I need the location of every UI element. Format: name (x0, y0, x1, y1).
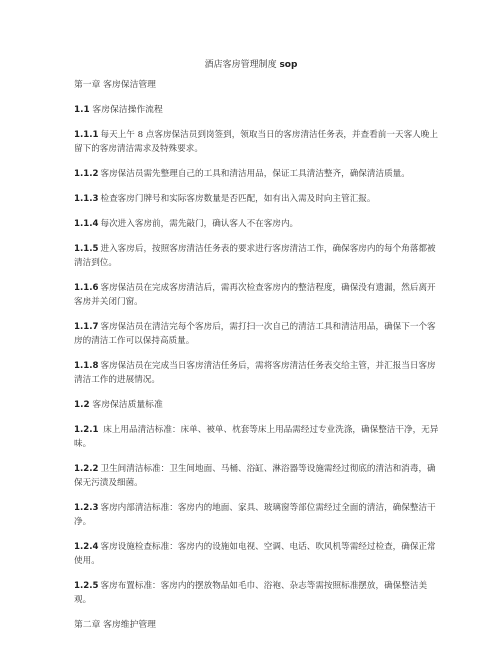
paragraph-number: 1.1.1 (74, 130, 98, 140)
paragraph-number: 1.1.5 (74, 244, 98, 254)
chapter-1-heading: 第一章 客房保洁管理 (74, 78, 444, 92)
paragraph-text: 卫生间清洁标准：卫生间地面、马桶、浴缸、淋浴器等设施需经过彻底的清洁和消毒，确保… (74, 464, 436, 488)
document-title: 酒店客房管理制度 sop (0, 58, 502, 72)
section-1-2-heading: 1.2 客房保洁质量标准 (74, 398, 444, 412)
paragraph-1-1-7: 1.1.7客房保洁员在清洁完每个客房后，需打扫一次自己的清洁工具和清洁用品，确保… (74, 320, 444, 348)
paragraph-text: 客房设施检查标准：客房内的设施如电视、空调、电话、吹风机等需经过检查，确保正常使… (74, 542, 436, 566)
paragraph-text: 客房保洁员在完成客房清洁后，需再次检查客房内的整洁程度，确保没有遗漏，然后离开客… (74, 283, 436, 307)
heading-text: 第二章 客房维护管理 (74, 620, 156, 630)
paragraph-1-1-2: 1.1.2客房保洁员需先整理自己的工具和清洁用品，保证工具清洁整齐，确保清洁质量… (74, 167, 444, 181)
paragraph-1-1-6: 1.1.6客房保洁员在完成客房清洁后，需再次检查客房内的整洁程度，确保没有遗漏，… (74, 281, 444, 309)
paragraph-text: 进入客房后，按照客房清洁任务表的要求进行客房清洁工作，确保客房内的每个角落都被清… (74, 244, 436, 268)
paragraph-1-1-3: 1.1.3检查客房门牌号和实际客房数量是否匹配，如有出入需及时向主管汇报。 (74, 192, 444, 206)
paragraph-number: 1.2.3 (74, 503, 98, 513)
paragraph-number: 1.1.7 (74, 322, 98, 332)
paragraph-text: 客房内部清洁标准：客房内的地面、家具、玻璃窗等部位需经过全面的清洁，确保整洁干净… (74, 503, 436, 527)
paragraph-text: 客房保洁员在完成当日客房清洁任务后，需将客房清洁任务表交给主管，并汇报当日客房清… (74, 361, 436, 385)
document-title-latin: sop (279, 60, 297, 70)
document-body: 第一章 客房保洁管理 1.1 客房保洁操作流程 1.1.1每天上午 8 点客房保… (74, 78, 444, 643)
paragraph-1-1-8: 1.1.8客房保洁员在完成当日客房清洁任务后，需将客房清洁任务表交给主管，并汇报… (74, 359, 444, 387)
section-1-1-heading: 1.1 客房保洁操作流程 (74, 103, 444, 117)
paragraph-text: 客房布置标准：客房内的摆放物品如毛巾、浴袍、杂志等需按照标准摆放，确保整洁美观。 (74, 581, 427, 605)
heading-text: 第一章 客房保洁管理 (74, 80, 156, 90)
paragraph-1-2-3: 1.2.3客房内部清洁标准：客房内的地面、家具、玻璃窗等部位需经过全面的清洁，确… (74, 501, 444, 529)
paragraph-1-1-5: 1.1.5进入客房后，按照客房清洁任务表的要求进行客房清洁工作，确保客房内的每个… (74, 242, 444, 270)
paragraph-text: 每天上午 8 点客房保洁员到岗签到，领取当日的客房清洁任务表，并查看前一天客人晚… (74, 130, 438, 154)
paragraph-text: 每次进入客房前，需先敲门，确认客人不在客房内。 (100, 219, 298, 229)
paragraph-1-1-4: 1.1.4每次进入客房前，需先敲门，确认客人不在客房内。 (74, 217, 444, 231)
paragraph-text: 客房保洁员需先整理自己的工具和清洁用品，保证工具清洁整齐，确保清洁质量。 (100, 169, 409, 179)
paragraph-1-1-1: 1.1.1每天上午 8 点客房保洁员到岗签到，领取当日的客房清洁任务表，并查看前… (74, 128, 444, 156)
paragraph-number: 1.1.4 (74, 219, 98, 229)
paragraph-text: 客房保洁员在清洁完每个客房后，需打扫一次自己的清洁工具和清洁用品，确保下一个客房… (74, 322, 436, 346)
section-number: 1.1 (74, 105, 90, 115)
section-number: 1.2 (74, 400, 90, 410)
paragraph-text: 床上用品清洁标准：床单、被单、枕套等床上用品需经过专业洗涤，确保整洁干净，无异味… (74, 425, 438, 449)
paragraph-number: 1.1.6 (74, 283, 98, 293)
chapter-2-heading: 第二章 客房维护管理 (74, 618, 444, 632)
heading-text: 客房保洁操作流程 (92, 105, 162, 115)
paragraph-number: 1.1.8 (74, 361, 98, 371)
paragraph-1-2-2: 1.2.2卫生间清洁标准：卫生间地面、马桶、浴缸、淋浴器等设施需经过彻底的清洁和… (74, 462, 444, 490)
paragraph-number: 1.1.3 (74, 194, 98, 204)
paragraph-number: 1.2.4 (74, 542, 98, 552)
paragraph-1-2-4: 1.2.4客房设施检查标准：客房内的设施如电视、空调、电话、吹风机等需经过检查，… (74, 540, 444, 568)
paragraph-number: 1.2.2 (74, 464, 98, 474)
document-title-cn: 酒店客房管理制度 (205, 60, 277, 70)
paragraph-number: 1.2.1 (74, 425, 98, 435)
paragraph-number: 1.2.5 (74, 581, 98, 591)
paragraph-1-2-5: 1.2.5客房布置标准：客房内的摆放物品如毛巾、浴袍、杂志等需按照标准摆放，确保… (74, 579, 444, 607)
paragraph-text: 检查客房门牌号和实际客房数量是否匹配，如有出入需及时向主管汇报。 (100, 194, 375, 204)
heading-text: 客房保洁质量标准 (92, 400, 162, 410)
document-page: 酒店客房管理制度 sop 第一章 客房保洁管理 1.1 客房保洁操作流程 1.1… (0, 0, 502, 649)
paragraph-1-2-1: 1.2.1 床上用品清洁标准：床单、被单、枕套等床上用品需经过专业洗涤，确保整洁… (74, 423, 444, 451)
paragraph-number: 1.1.2 (74, 169, 98, 179)
